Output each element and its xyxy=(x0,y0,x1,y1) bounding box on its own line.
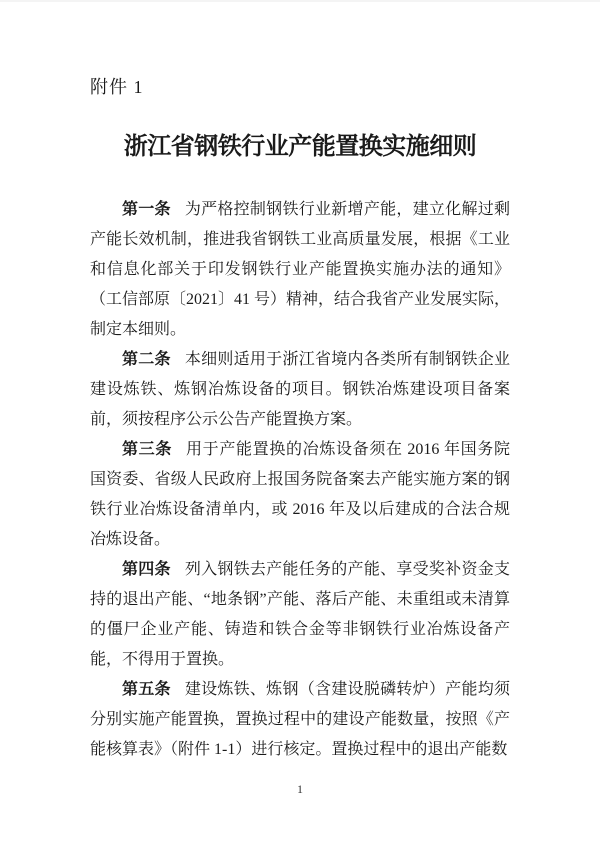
article-1-text: 为严格控制钢铁行业新增产能，建立化解过剩产能长效机制，推进我省钢铁工业高质量发展… xyxy=(90,201,510,338)
document-page: 附件 1 浙江省钢铁行业产能置换实施细则 第一条为严格控制钢铁行业新增产能，建立… xyxy=(0,0,600,848)
document-body: 第一条为严格控制钢铁行业新增产能，建立化解过剩产能长效机制，推进我省钢铁工业高质… xyxy=(90,195,510,765)
article-1-number: 第一条 xyxy=(122,201,171,218)
article-5-number: 第五条 xyxy=(122,681,171,698)
page-number: 1 xyxy=(90,782,510,796)
paragraph-article-5: 第五条建设炼铁、炼钢（含建设脱磷转炉）产能均须分别实施产能置换，置换过程中的建设… xyxy=(90,675,510,765)
article-3-number: 第三条 xyxy=(122,441,172,458)
paragraph-article-3: 第三条用于产能置换的冶炼设备须在 2016 年国务院国资委、省级人民政府上报国务… xyxy=(90,435,510,555)
paragraph-article-2: 第二条本细则适用于浙江省境内各类所有制钢铁企业建设炼铁、炼钢冶炼设备的项目。钢铁… xyxy=(90,345,510,435)
paragraph-article-4: 第四条列入钢铁去产能任务的产能、享受奖补资金支持的退出产能、“地条钢”产能、落后… xyxy=(90,555,510,675)
document-title: 浙江省钢铁行业产能置换实施细则 xyxy=(0,132,600,162)
paragraph-article-1: 第一条为严格控制钢铁行业新增产能，建立化解过剩产能长效机制，推进我省钢铁工业高质… xyxy=(90,195,510,345)
attachment-label: 附件 1 xyxy=(90,76,144,98)
article-4-number: 第四条 xyxy=(122,561,171,578)
article-2-number: 第二条 xyxy=(122,351,171,368)
